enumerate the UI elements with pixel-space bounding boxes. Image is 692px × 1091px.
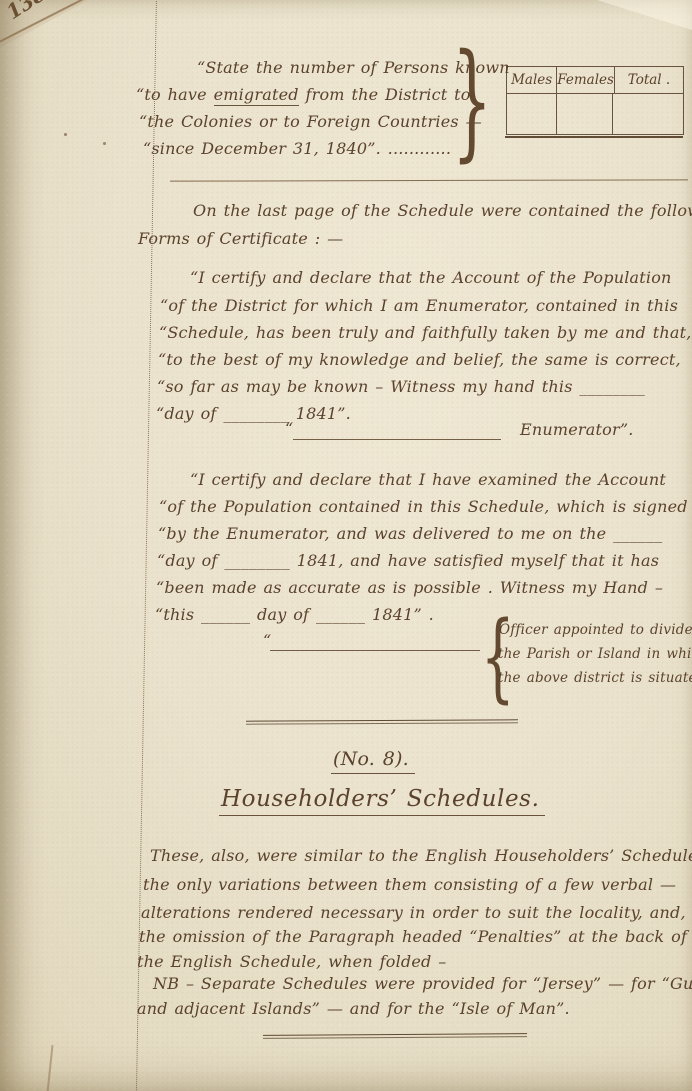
emigration-table: Males Females Total . [506, 66, 684, 135]
top-right-page-edge [597, 0, 692, 30]
underlined-word-emigrated: emigrated [214, 85, 299, 106]
double-line-divider [246, 719, 518, 725]
table-body-row [507, 94, 683, 134]
emigration-query-line: “since December 31, 1840”. ............ [143, 138, 451, 160]
section-title: Householders’ Schedules. [219, 788, 545, 810]
query-line2-post: from the District to [299, 85, 471, 104]
section-divider-rule [170, 179, 688, 182]
section-title-text: Householders’ Schedules. [219, 786, 545, 816]
table-cell-empty [613, 94, 683, 134]
emigration-query-line: “to have emigrated from the District to [136, 84, 471, 106]
table-header-row: Males Females Total . [507, 67, 683, 94]
table-header-total: Total . [615, 67, 683, 93]
enumerator-signature-line [293, 439, 501, 440]
table-header-males: Males [507, 67, 557, 93]
officer-note-line: Officer appointed to divide [499, 621, 692, 640]
officer-signature-line [270, 650, 480, 651]
paper-speck [64, 133, 67, 136]
right-curly-brace: } [452, 52, 492, 150]
intro-line: Forms of Certificate : — [138, 228, 343, 250]
certificate2-line: “by the Enumerator, and was delivered to… [158, 523, 662, 545]
double-line-divider [263, 1033, 527, 1039]
table-cell-empty [557, 94, 613, 134]
section-body-line: the omission of the Paragraph headed “Pe… [139, 926, 687, 948]
officer-note-line: the above district is situated. [498, 669, 692, 688]
nb-note-line: and adjacent Islands” — and for the “Isl… [137, 998, 570, 1020]
section-body-line: the only variations between them consist… [143, 874, 676, 896]
table-cell-empty [507, 94, 557, 134]
emigration-query-line: “the Colonies or to Foreign Countries — [139, 111, 482, 133]
section-number-heading: (No. 8). [331, 748, 415, 770]
section-body-line: the English Schedule, when folded – [137, 951, 446, 973]
officer-note-line: the Parish or Island in which [498, 645, 692, 664]
certificate1-line: “to the best of my knowledge and belief,… [158, 349, 681, 371]
certificate2-line: “this ______ day of ______ 1841” . [155, 604, 434, 626]
manuscript-page: 138 “State the number of Persons known “… [0, 0, 692, 1091]
signature-quote-mark: “ [263, 630, 271, 652]
certificate1-line: “I certify and declare that the Account … [190, 267, 672, 289]
certificate2-line: “day of ________ 1841, and have satisfie… [157, 550, 659, 572]
certificate2-line: “of the Population contained in this Sch… [159, 496, 688, 518]
certificate1-line: “of the District for which I am Enumerat… [160, 295, 678, 317]
nb-note-line: NB – Separate Schedules were provided fo… [153, 973, 692, 995]
certificate2-line: “been made as accurate as is possible . … [156, 577, 663, 599]
intro-line: On the last page of the Schedule were co… [193, 200, 692, 222]
certificate1-line: “so far as may be known – Witness my han… [157, 376, 645, 398]
certificate1-line: “day of ________ 1841”. [156, 403, 351, 425]
table-header-females: Females [557, 67, 615, 93]
section-number-text: (No. 8). [331, 748, 415, 774]
section-body-line: These, also, were similar to the English… [150, 845, 692, 867]
certificate2-line: “I certify and declare that I have exami… [190, 469, 666, 491]
paper-speck [103, 142, 106, 145]
query-line2-pre: “to have [136, 85, 214, 104]
table-bottom-double-rule [505, 136, 683, 138]
certificate1-line: “Schedule, has been truly and faithfully… [159, 322, 692, 344]
signature-quote-mark: “ [285, 418, 293, 440]
section-body-line: alterations rendered necessary in order … [141, 902, 686, 924]
bottom-left-page-edge [46, 1045, 53, 1091]
enumerator-signature-label: Enumerator”. [520, 419, 634, 441]
